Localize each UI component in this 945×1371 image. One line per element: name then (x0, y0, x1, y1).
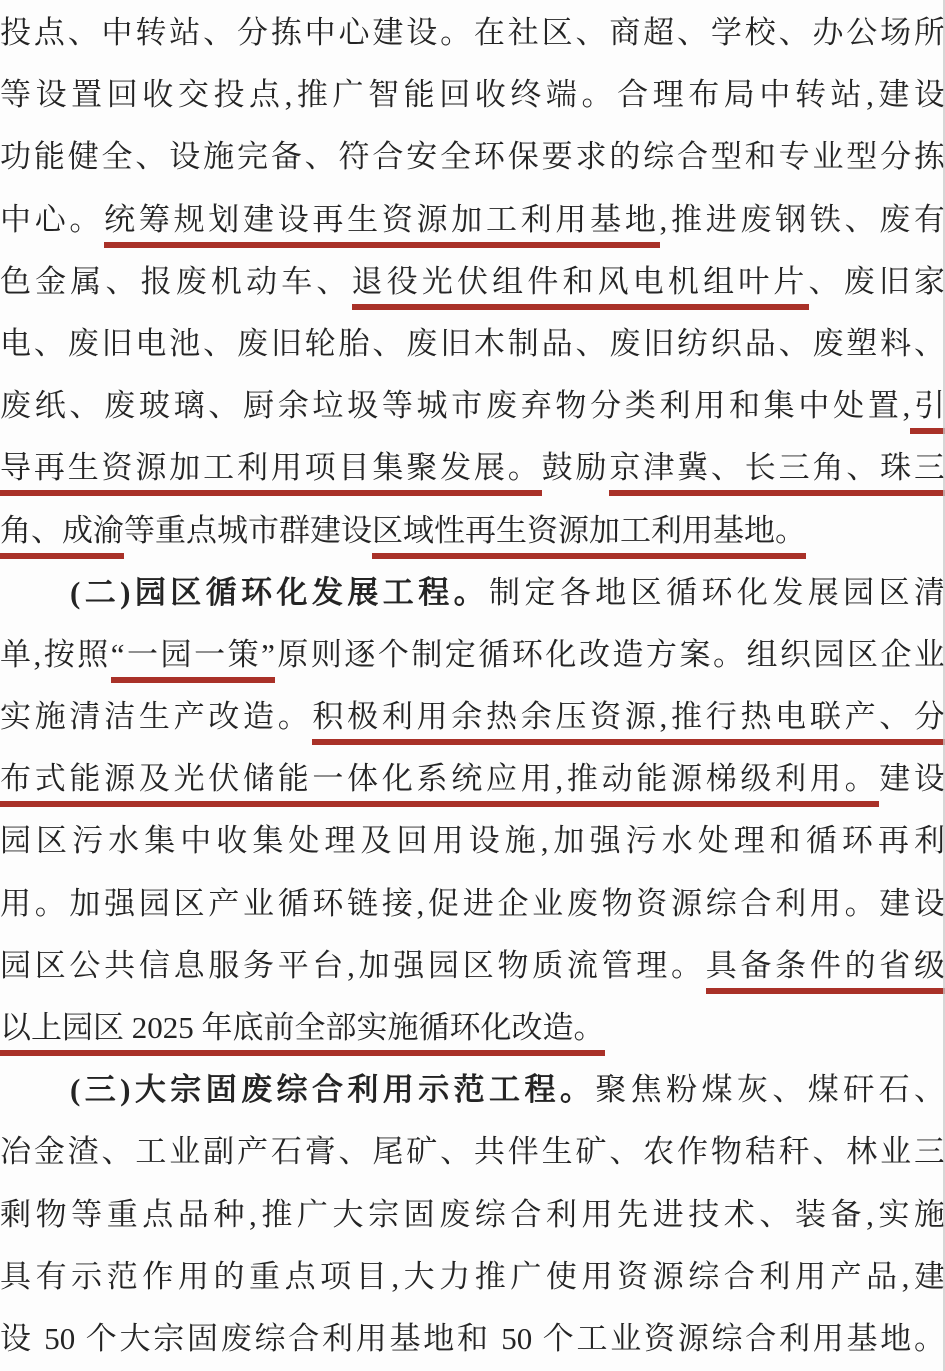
text-line-20: 剩物等重点品种,推广大宗固废综合利用先进技术、装备,实施 (0, 1184, 945, 1246)
text-segment: ,推进废钢铁、废有 (660, 202, 945, 237)
text-line-2: 等设置回收交投点,推广智能回收终端。合理布局中转站,建设 (0, 64, 945, 126)
text-line-13: 布式能源及光伏储能一体化系统应用,推动能源梯级利用。建设 (0, 748, 945, 810)
text-segment: 废纸、废玻璃、厨余垃圾等城市废弃物分类利用和集中处置, (0, 388, 910, 423)
text-lines-container: 投点、中转站、分拣中心建设。在社区、商超、学校、办公场所等设置回收交投点,推广智… (0, 2, 945, 1370)
text-line-16: 园区公共信息服务平台,加强园区物质流管理。具备条件的省级 (0, 935, 945, 997)
text-line-12: 实施清洁生产改造。积极利用余热余压资源,推行热电联产、分 (0, 686, 945, 748)
text-segment: 聚焦粉煤灰、煤矸石、 (595, 1072, 945, 1107)
red-underlined-text: 京津冀、长三角、珠三 (609, 450, 945, 496)
red-underlined-text: 积极利用余热余压资源,推行热电联产、分 (312, 699, 945, 745)
red-underlined-text: 角、成渝 (0, 513, 124, 559)
text-segment: 等设置回收交投点,推广智能回收终端。合理布局中转站,建设 (0, 77, 945, 112)
text-line-6: 电、废旧电池、废旧轮胎、废旧木制品、废旧纺织品、废塑料、 (0, 313, 945, 375)
text-segment: 电、废旧电池、废旧轮胎、废旧木制品、废旧纺织品、废塑料、 (0, 326, 945, 361)
text-segment: 具有示范作用的重点项目,大力推广使用资源综合利用产品,建 (0, 1259, 945, 1294)
text-line-15: 用。加强园区产业循环链接,促进企业废物资源综合利用。建设 (0, 873, 945, 935)
text-line-4: 中心。统筹规划建设再生资源加工利用基地,推进废钢铁、废有 (0, 189, 945, 251)
text-segment: 实施清洁生产改造。 (0, 699, 312, 734)
text-segment: 色金属、报废机动车、 (0, 264, 352, 299)
text-line-21: 具有示范作用的重点项目,大力推广使用资源综合利用产品,建 (0, 1246, 945, 1308)
text-line-7: 废纸、废玻璃、厨余垃圾等城市废弃物分类利用和集中处置,引 (0, 375, 945, 437)
text-segment: 原则逐个制定循环化改造方案。组织园区企业 (275, 637, 945, 672)
text-segment: 用。加强园区产业循环链接,促进企业废物资源综合利用。建设 (0, 886, 945, 921)
text-segment: 建设 (879, 761, 945, 796)
text-segment: 中心。 (0, 202, 104, 237)
text-line-10: (二)园区循环化发展工程。制定各地区循环化发展园区清 (0, 562, 945, 624)
red-underlined-text: 区域性再生资源加工利用基地。 (372, 513, 806, 559)
text-line-17: 以上园区 2025 年底前全部实施循环化改造。 (0, 997, 945, 1059)
text-line-8: 导再生资源加工利用项目集聚发展。鼓励京津冀、长三角、珠三 (0, 437, 945, 499)
text-segment: 园区污水集中收集处理及回用设施,加强污水处理和循环再利 (0, 823, 945, 858)
text-line-22: 设 50 个大宗固废综合利用基地和 50 个工业资源综合利用基地。 (0, 1308, 945, 1370)
text-segment: 制定各地区循环化发展园区清 (489, 575, 945, 610)
text-segment: 鼓励 (542, 450, 610, 485)
text-segment: 园区公共信息服务平台,加强园区物质流管理。 (0, 948, 706, 983)
text-line-5: 色金属、报废机动车、退役光伏组件和风电机组叶片、废旧家 (0, 251, 945, 313)
text-segment: 单,按照 (0, 637, 111, 672)
text-segment: 、废旧家 (809, 264, 945, 299)
text-line-3: 功能健全、设施完备、符合安全环保要求的综合型和专业型分拣 (0, 126, 945, 188)
text-line-18: (三)大宗固废综合利用示范工程。聚焦粉煤灰、煤矸石、 (0, 1059, 945, 1121)
text-line-1: 投点、中转站、分拣中心建设。在社区、商超、学校、办公场所 (0, 2, 945, 64)
red-underlined-text: 统筹规划建设再生资源加工利用基地 (104, 202, 659, 248)
red-underlined-text: 导再生资源加工利用项目集聚发展。 (0, 450, 542, 496)
text-line-11: 单,按照“一园一策”原则逐个制定循环化改造方案。组织园区企业 (0, 624, 945, 686)
text-line-14: 园区污水集中收集处理及回用设施,加强污水处理和循环再利 (0, 810, 945, 872)
text-segment: 设 50 个大宗固废综合利用基地和 50 个工业资源综合利用基地。 (0, 1321, 945, 1356)
section-heading: (二)园区循环化发展工程。 (70, 575, 489, 610)
text-segment: 剩物等重点品种,推广大宗固废综合利用先进技术、装备,实施 (0, 1197, 945, 1232)
text-segment: 投点、中转站、分拣中心建设。在社区、商超、学校、办公场所 (0, 15, 945, 50)
text-segment: 冶金渣、工业副产石膏、尾矿、共伴生矿、农作物秸秆、林业三 (0, 1134, 945, 1169)
text-line-19: 冶金渣、工业副产石膏、尾矿、共伴生矿、农作物秸秆、林业三 (0, 1121, 945, 1183)
red-underlined-text: 以上园区 2025 年底前全部实施循环化改造。 (0, 1010, 605, 1056)
red-underlined-text: 具备条件的省级 (706, 948, 945, 994)
red-underlined-text: 引 (910, 388, 945, 434)
document-page: 投点、中转站、分拣中心建设。在社区、商超、学校、办公场所等设置回收交投点,推广智… (0, 0, 945, 1371)
text-segment: 功能健全、设施完备、符合安全环保要求的综合型和专业型分拣 (0, 139, 945, 174)
red-underlined-text: 布式能源及光伏储能一体化系统应用,推动能源梯级利用。 (0, 761, 879, 807)
text-segment: 等重点城市群建设 (124, 513, 372, 548)
text-line-9: 角、成渝等重点城市群建设区域性再生资源加工利用基地。 (0, 500, 945, 562)
section-heading: (三)大宗固废综合利用示范工程。 (70, 1072, 595, 1107)
red-underlined-text: “一园一策” (111, 637, 275, 683)
red-underlined-text: 退役光伏组件和风电机组叶片 (352, 264, 809, 310)
